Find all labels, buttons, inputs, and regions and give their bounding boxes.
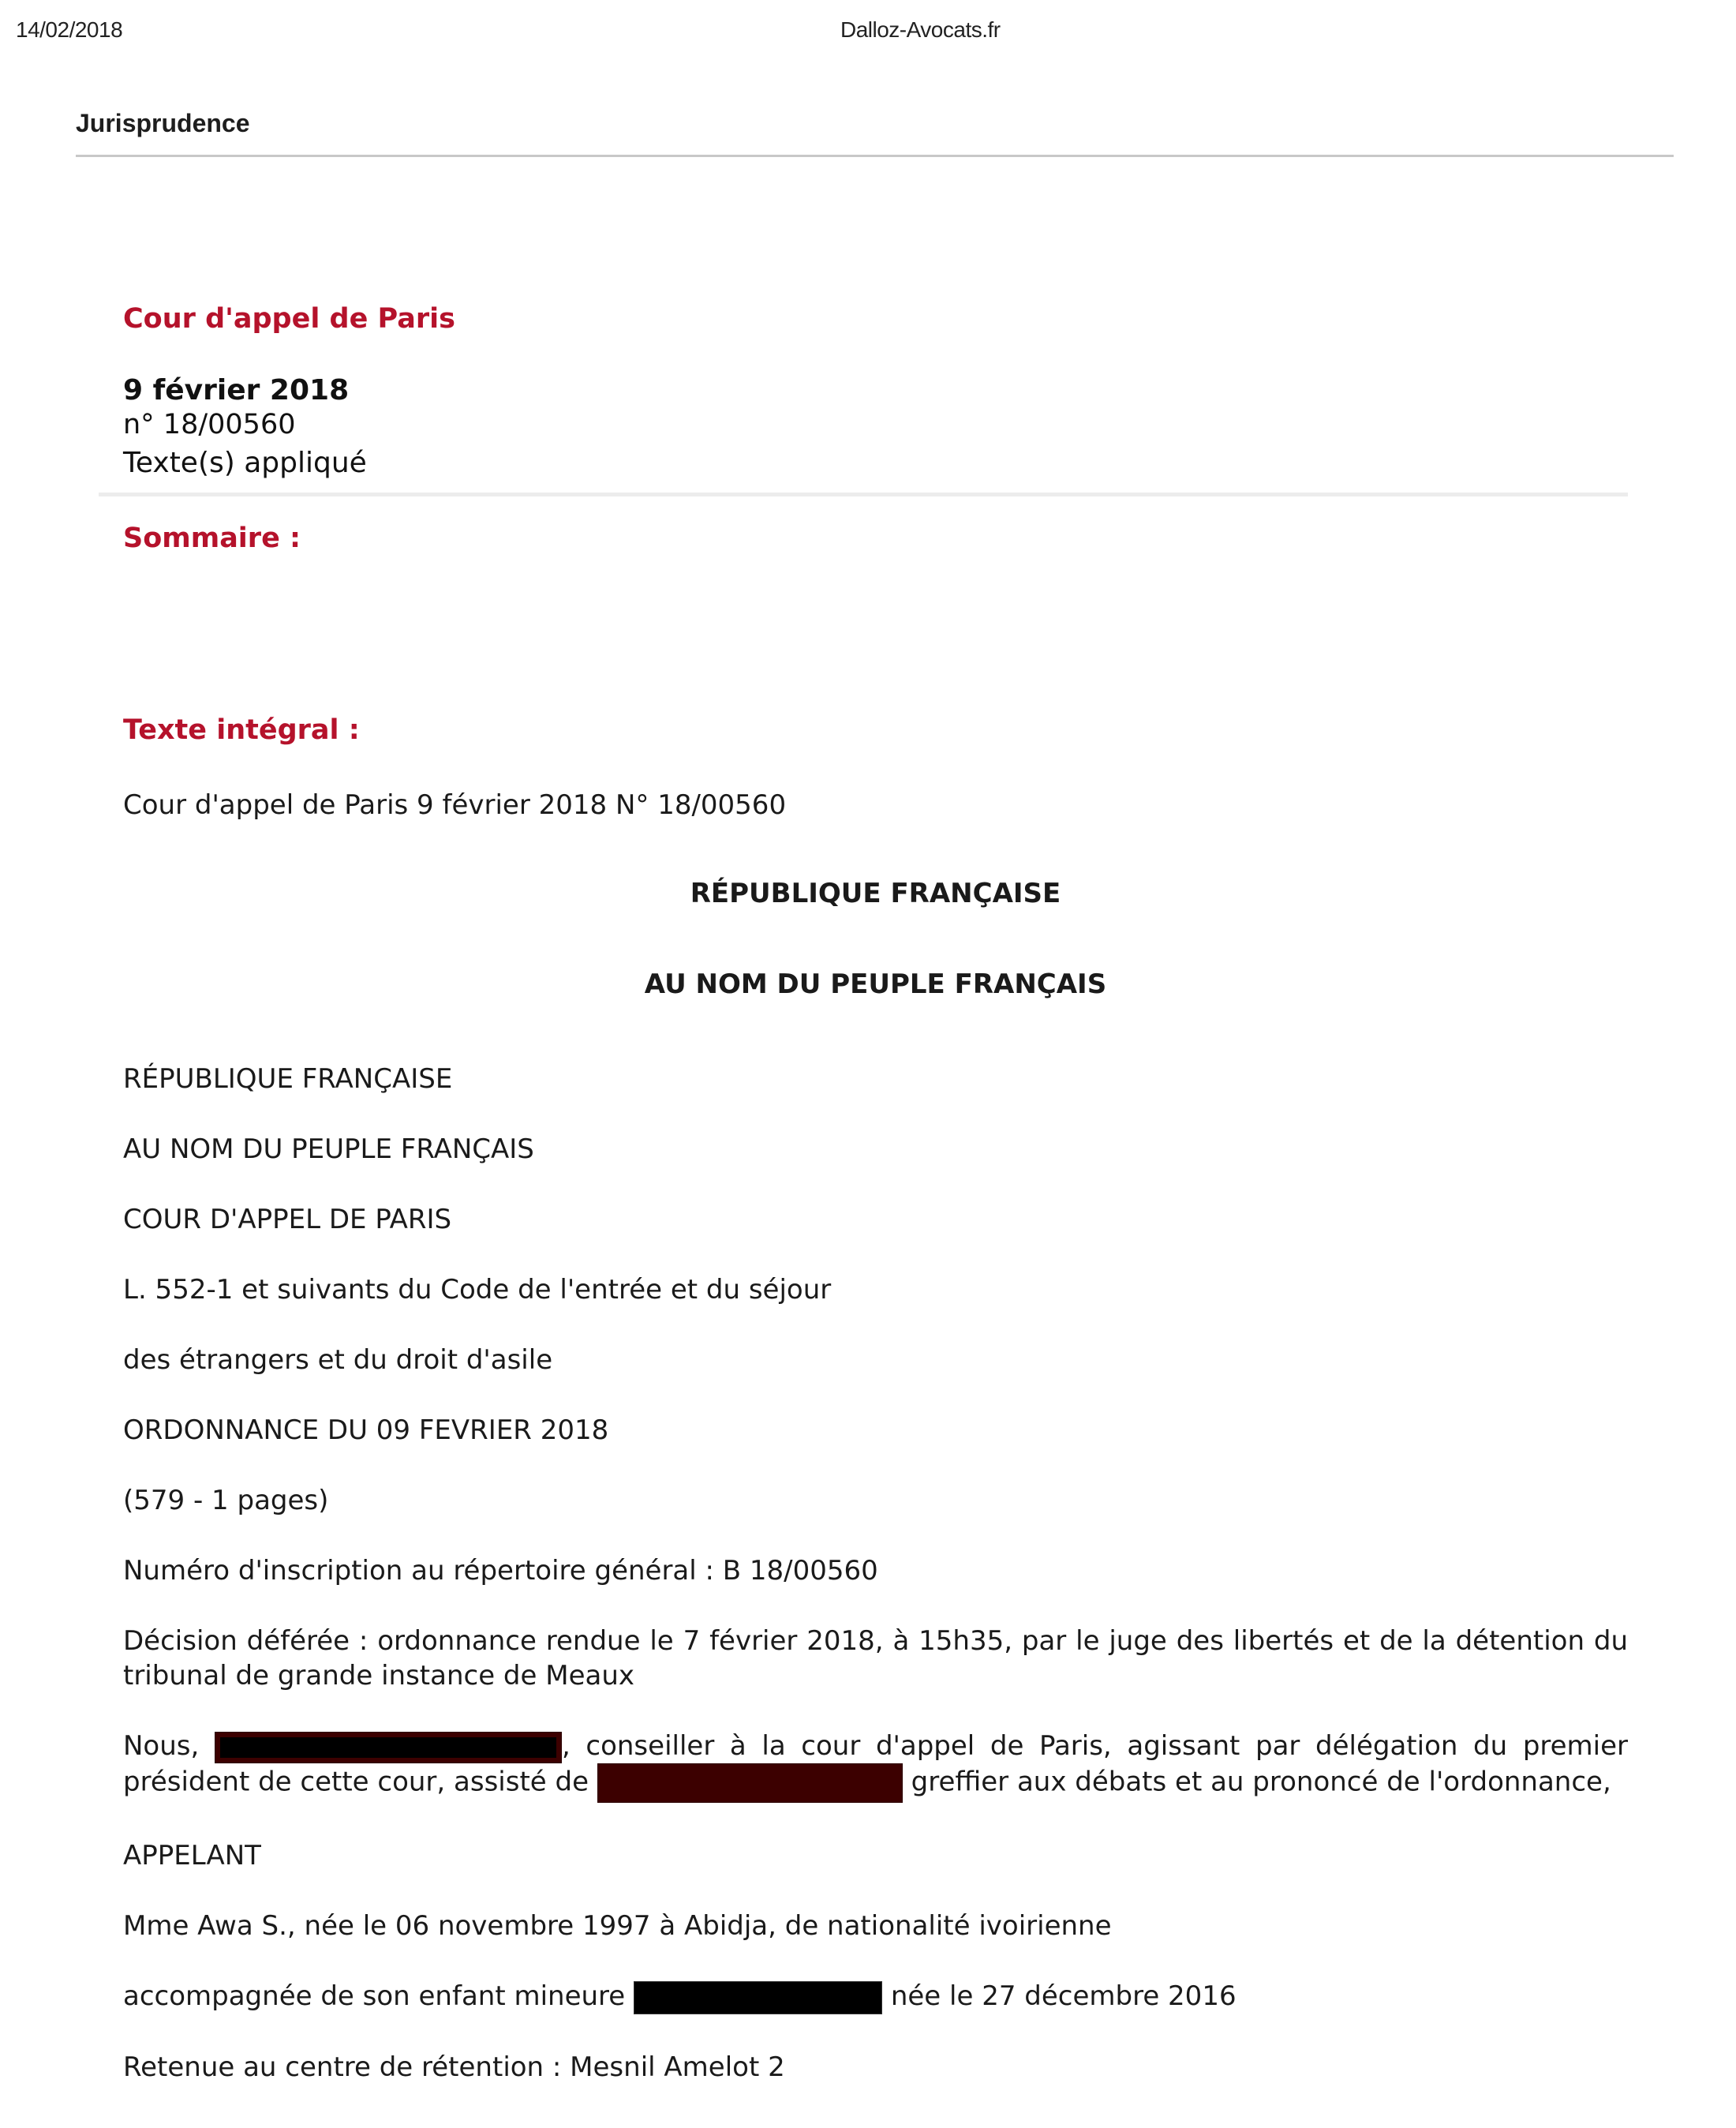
reference-line: Cour d'appel de Paris 9 février 2018 N° … [123,788,1628,822]
heading-republique: RÉPUBLIQUE FRANÇAISE [123,876,1628,911]
retention-center: Retenue au centre de rétention : Mesnil … [123,2050,1628,2085]
metadata-divider [99,493,1628,496]
full-text-body: Cour d'appel de Paris 9 février 2018 N° … [123,788,1628,2085]
heading-peuple: AU NOM DU PEUPLE FRANÇAIS [123,967,1628,1002]
site-name: Dalloz-Avocats.fr [840,17,1001,43]
text-line: Numéro d'inscription au répertoire génér… [123,1553,1628,1588]
summary-heading: Sommaire : [123,523,301,554]
redaction-block [215,1732,562,1763]
text-line: ORDONNANCE DU 09 FEVRIER 2018 [123,1413,1628,1448]
appellant-identity: Mme Awa S., née le 06 novembre 1997 à Ab… [123,1909,1628,1943]
redaction-block [597,1763,903,1803]
full-text-heading: Texte intégral : [123,714,360,746]
child-text-2: née le 27 décembre 2016 [891,1980,1237,2012]
decision-number: n° 18/00560 [123,409,295,440]
redaction-block [634,1981,882,2014]
nous-text-3: greffier aux débats et au prononcé de l'… [911,1766,1611,1798]
nous-paragraph: Nous, , conseiller à la cour d'appel de … [123,1729,1628,1803]
section-label: Jurisprudence [76,109,250,138]
decision-date: 9 février 2018 [123,374,349,406]
text-line: COUR D'APPEL DE PARIS [123,1202,1628,1237]
child-text-1: accompagnée de son enfant mineure [123,1980,625,2012]
text-line: AU NOM DU PEUPLE FRANÇAIS [123,1132,1628,1167]
text-line: L. 552-1 et suivants du Code de l'entrée… [123,1272,1628,1307]
header-divider [76,155,1674,157]
nous-text-1: Nous, [123,1730,199,1762]
print-date: 14/02/2018 [16,17,122,43]
text-line: (579 - 1 pages) [123,1483,1628,1518]
text-line: des étrangers et du droit d'asile [123,1343,1628,1377]
appellant-label: APPELANT [123,1838,1628,1873]
texts-applied: Texte(s) appliqué [123,447,367,479]
child-line: accompagnée de son enfant mineure née le… [123,1979,1628,2014]
text-line: RÉPUBLIQUE FRANÇAISE [123,1062,1628,1096]
court-name: Cour d'appel de Paris [123,303,455,335]
decision-deferred: Décision déférée : ordonnance rendue le … [123,1624,1628,1693]
